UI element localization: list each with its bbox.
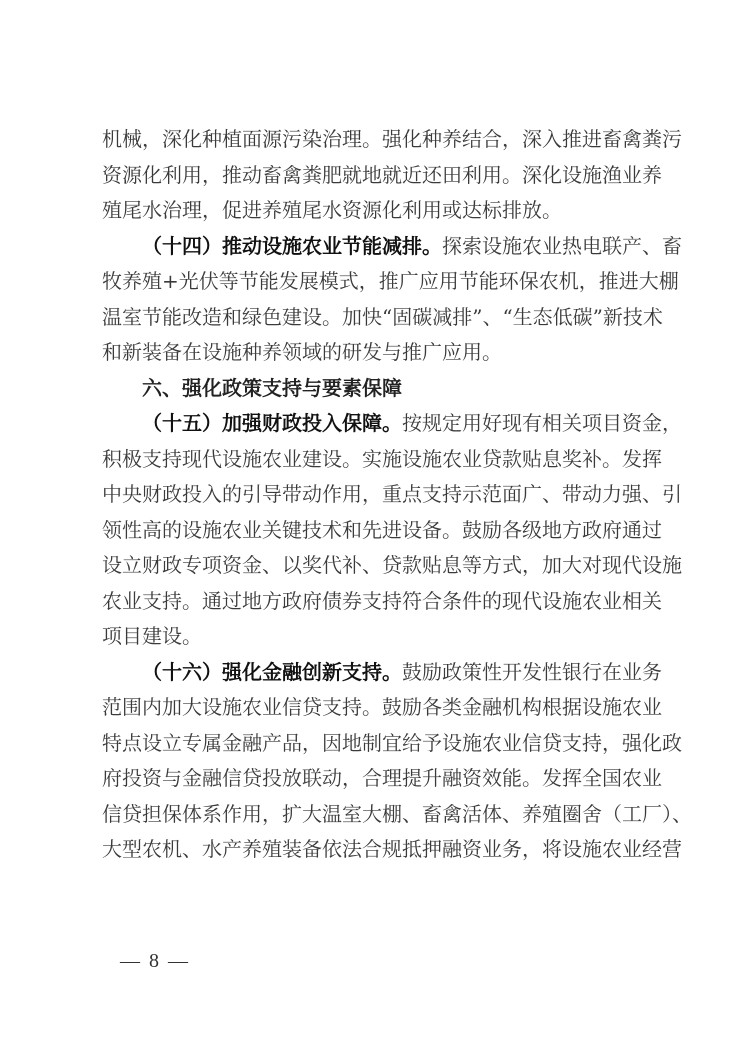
text-run: 鼓励政策性开发性银行在业务 (402, 660, 662, 684)
text-line: 机械，深化种植面源污染治理。强化种养结合，深入推进畜禽粪污 (102, 122, 654, 158)
text-line: 设立财政专项资金、以奖代补、贷款贴息等方式，加大对现代设施 (102, 548, 654, 584)
text-line: 大型农机、水产养殖装备依法合规抵押融资业务，将设施农业经营 (102, 832, 654, 868)
paragraph-item-14: （十四）推动设施农业节能减排。探索设施农业热电联产、畜 牧养殖+光伏等节能发展模… (102, 229, 654, 371)
page-number: — 8 — (120, 950, 190, 973)
text-run: 按规定用好现有相关项目资金， (402, 411, 682, 435)
text-line: （十六）强化金融创新支持。鼓励政策性开发性银行在业务 (102, 655, 654, 691)
item-heading-15: （十五）加强财政投入保障。 (142, 411, 402, 435)
text-line: （十四）推动设施农业节能减排。探索设施农业热电联产、畜 (102, 229, 654, 265)
text-line: 府投资与金融信贷投放联动，合理提升融资效能。发挥全国农业 (102, 761, 654, 797)
text-line: 项目建设。 (102, 619, 654, 655)
text-line: 殖尾水治理，促进养殖尾水资源化利用或达标排放。 (102, 193, 654, 229)
text-line: 和新装备在设施种养领域的研发与推广应用。 (102, 335, 654, 371)
text-line: 温室节能改造和绿色建设。加快“固碳减排”、“生态低碳”新技术 (102, 300, 654, 336)
text-line: 资源化利用，推动畜禽粪肥就地就近还田利用。深化设施渔业养 (102, 158, 654, 194)
paragraph-item-16: （十六）强化金融创新支持。鼓励政策性开发性银行在业务 范围内加大设施农业信贷支持… (102, 655, 654, 868)
text-line: 特点设立专属金融产品，因地制宜给予设施农业信贷支持，强化政 (102, 726, 654, 762)
paragraph-item-15: （十五）加强财政投入保障。按规定用好现有相关项目资金， 积极支持现代设施农业建设… (102, 406, 654, 655)
text-line: 领性高的设施农业关键技术和先进设备。鼓励各级地方政府通过 (102, 513, 654, 549)
document-page: 机械，深化种植面源污染治理。强化种养结合，深入推进畜禽粪污 资源化利用，推动畜禽… (102, 122, 654, 868)
item-heading-16: （十六）强化金融创新支持。 (142, 660, 402, 684)
text-line: 中央财政投入的引导带动作用，重点支持示范面广、带动力强、引 (102, 477, 654, 513)
text-line: 农业支持。通过地方政府债券支持符合条件的现代设施农业相关 (102, 584, 654, 620)
text-line: 范围内加大设施农业信贷支持。鼓励各类金融机构根据设施农业 (102, 690, 654, 726)
section-heading-6: 六、强化政策支持与要素保障 (102, 371, 654, 407)
text-line: 积极支持现代设施农业建设。实施设施农业贷款贴息奖补。发挥 (102, 442, 654, 478)
text-line: 牧养殖+光伏等节能发展模式，推广应用节能环保农机，推进大棚 (102, 264, 654, 300)
text-line: 信贷担保体系作用，扩大温室大棚、畜禽活体、养殖圈舍（工厂）、 (102, 797, 654, 833)
text-line: （十五）加强财政投入保障。按规定用好现有相关项目资金， (102, 406, 654, 442)
item-heading-14: （十四）推动设施农业节能减排。 (142, 234, 442, 258)
text-run: 探索设施农业热电联产、畜 (442, 234, 682, 258)
paragraph-continuation: 机械，深化种植面源污染治理。强化种养结合，深入推进畜禽粪污 资源化利用，推动畜禽… (102, 122, 654, 229)
